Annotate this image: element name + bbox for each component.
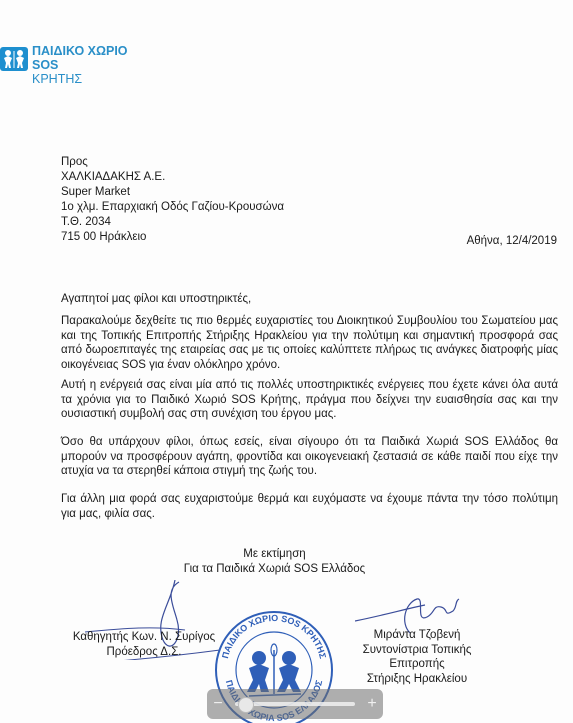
zoom-out-button[interactable]: − bbox=[207, 695, 229, 713]
recipient-store: Super Market bbox=[61, 185, 284, 200]
closing-line2: Για τα Παιδικά Χωριά SOS Ελλάδος bbox=[0, 562, 561, 577]
letter-date: Αθήνα, 12/4/2019 bbox=[467, 235, 557, 247]
letterhead-line3: ΚΡΗΤΗΣ bbox=[32, 72, 128, 86]
paragraph: Αυτή η ενέργειά σας είναι μία από τις πο… bbox=[61, 378, 558, 422]
letterhead-line1: ΠΑΙΔΙΚΟ ΧΩΡΙΟ bbox=[32, 44, 128, 58]
letter-page: ΠΑΙΔΙΚΟ ΧΩΡΙΟ SOS ΚΡΗΤΗΣ Προς ΧΑΛΚΙΑΔΑΚΗ… bbox=[0, 0, 573, 723]
closing-line1: Με εκτίμηση bbox=[0, 547, 561, 562]
signatory-2: Μιράντα Τζοβενή Συντονίστρια Τοπικής Επι… bbox=[347, 628, 487, 686]
recipient-street: 1ο χλμ. Επαρχιακή Οδός Γαζίου-Κρουσώνα bbox=[61, 200, 284, 215]
signatory-1: Καθηγητής Κων. Ν. Συρίγος Πρόεδρος Δ.Σ. bbox=[70, 630, 218, 659]
signatory-1-role: Πρόεδρος Δ.Σ. bbox=[70, 645, 218, 660]
closing: Με εκτίμηση Για τα Παιδικά Χωριά SOS Ελλ… bbox=[0, 547, 573, 576]
signatory-2-name: Μιράντα Τζοβενή bbox=[347, 628, 487, 643]
recipient-address: Προς ΧΑΛΚΙΑΔΑΚΗΣ Α.Ε. Super Market 1ο χλ… bbox=[61, 155, 284, 245]
signatory-2-role2: Στήριξης Ηρακλείου bbox=[347, 672, 487, 687]
recipient-to: Προς bbox=[61, 155, 284, 170]
letterhead-line2: SOS bbox=[32, 58, 128, 72]
paragraph: Όσο θα υπάρχουν φίλοι, όπως εσείς, είναι… bbox=[61, 435, 558, 479]
children-logo-icon bbox=[0, 47, 28, 71]
zoom-in-button[interactable]: + bbox=[361, 695, 383, 713]
greeting: Αγαπητοί μας φίλοι και υποστηρικτές, bbox=[61, 292, 558, 307]
zoom-slider-thumb[interactable] bbox=[238, 697, 254, 713]
recipient-city: 715 00 Ηράκλειο bbox=[61, 230, 284, 245]
paragraph: Παρακαλούμε δεχθείτε τις πιο θερμές ευχα… bbox=[61, 314, 558, 372]
recipient-company: ΧΑΛΚΙΑΔΑΚΗΣ Α.Ε. bbox=[61, 170, 284, 185]
signatory-2-role: Συντονίστρια Τοπικής Επιτροπής bbox=[347, 643, 487, 672]
letterhead-logo: ΠΑΙΔΙΚΟ ΧΩΡΙΟ SOS ΚΡΗΤΗΣ bbox=[0, 44, 128, 86]
zoom-control: − + bbox=[207, 689, 383, 719]
paragraph: Για άλλη μια φορά σας ευχαριστούμε θερμά… bbox=[61, 492, 558, 521]
signatory-1-name: Καθηγητής Κων. Ν. Συρίγος bbox=[70, 630, 218, 645]
recipient-po-box: Τ.Θ. 2034 bbox=[61, 215, 284, 230]
zoom-slider[interactable] bbox=[235, 702, 355, 706]
